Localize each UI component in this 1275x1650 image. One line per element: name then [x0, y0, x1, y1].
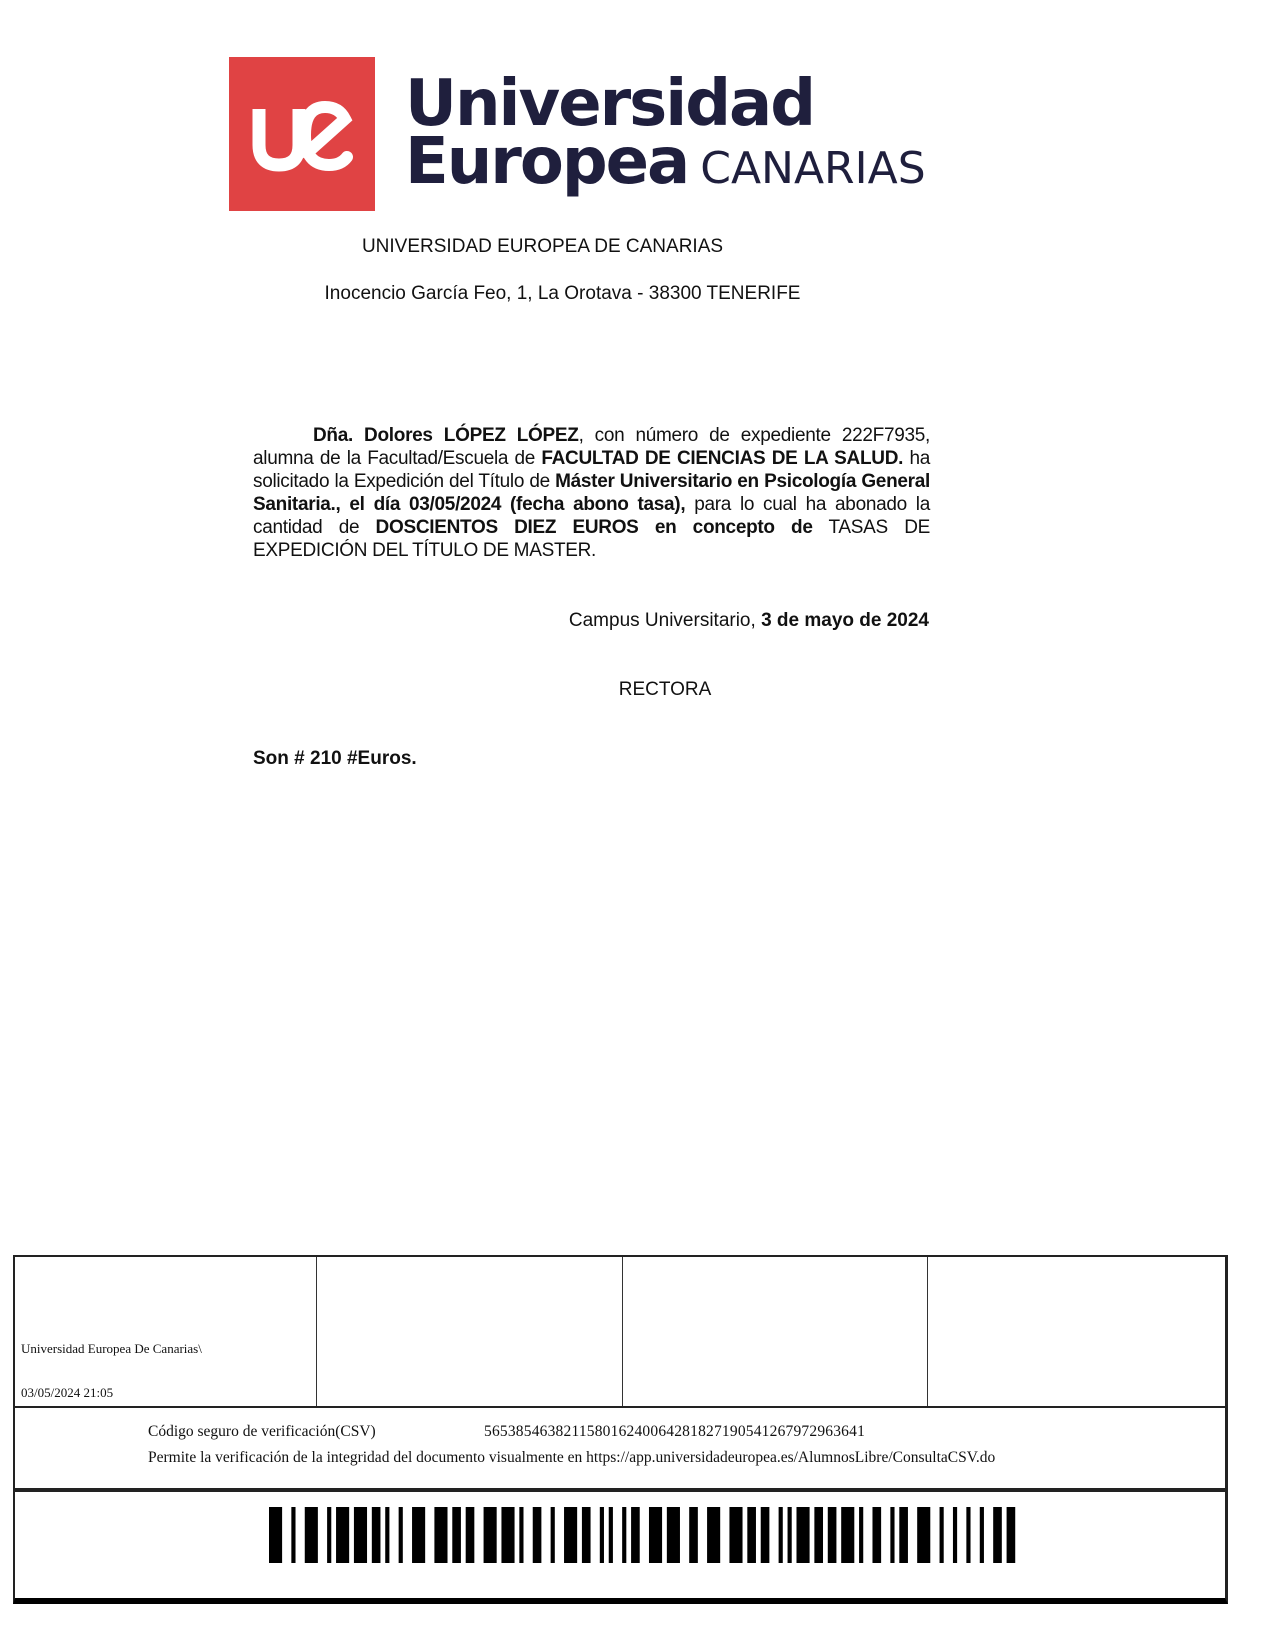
verification-footer: Universidad Europea De Canarias\ 03/05/2… — [13, 1255, 1228, 1604]
signature-cell-2 — [317, 1257, 623, 1406]
signature-cell-4 — [928, 1257, 1225, 1406]
signature-cell-1: Universidad Europea De Canarias\ 03/05/2… — [15, 1257, 317, 1406]
logo-wordmark-canarias: CANARIAS — [700, 143, 925, 194]
barcode-icon — [269, 1507, 1020, 1563]
institution-name: UNIVERSIDAD EUROPEA DE CANARIAS — [0, 236, 1085, 258]
ue-monogram-icon — [229, 57, 375, 211]
signature-timestamp: 03/05/2024 21:05 — [21, 1385, 113, 1401]
signatory-role: RECTORA — [0, 679, 1275, 701]
institution-address: Inocencio García Feo, 1, La Orotava - 38… — [0, 283, 1125, 305]
university-logo-mark — [229, 57, 375, 211]
signature-row: Universidad Europea De Canarias\ 03/05/2… — [15, 1257, 1225, 1408]
place: Campus Universitario, — [569, 610, 761, 631]
amount-words: DOSCIENTOS DIEZ EUROS en concepto de — [376, 517, 813, 538]
place-and-date: Campus Universitario, 3 de mayo de 2024 — [541, 610, 929, 632]
faculty-name: FACULTAD DE CIENCIAS DE LA SALUD. — [541, 448, 903, 469]
csv-code: 5653854638211580162400642818271905412679… — [484, 1423, 865, 1441]
csv-label: Código seguro de verificación(CSV) — [148, 1423, 376, 1441]
signer-entity: Universidad Europea De Canarias\ — [21, 1341, 202, 1357]
logo-wordmark-line2: EuropeaCANARIAS — [405, 122, 926, 209]
barcode-row — [15, 1492, 1225, 1600]
signature-cell-3 — [623, 1257, 928, 1406]
csv-verification-link[interactable]: Permite la verificación de la integridad… — [148, 1449, 995, 1467]
student-name: Dña. Dolores LÓPEZ LÓPEZ — [313, 425, 579, 446]
issue-date: 3 de mayo de 2024 — [761, 610, 929, 631]
amount-total: Son # 210 #Euros. — [253, 748, 417, 770]
certificate-body: Dña. Dolores LÓPEZ LÓPEZ, con número de … — [253, 424, 930, 562]
logo-wordmark-europea: Europea — [405, 125, 688, 199]
